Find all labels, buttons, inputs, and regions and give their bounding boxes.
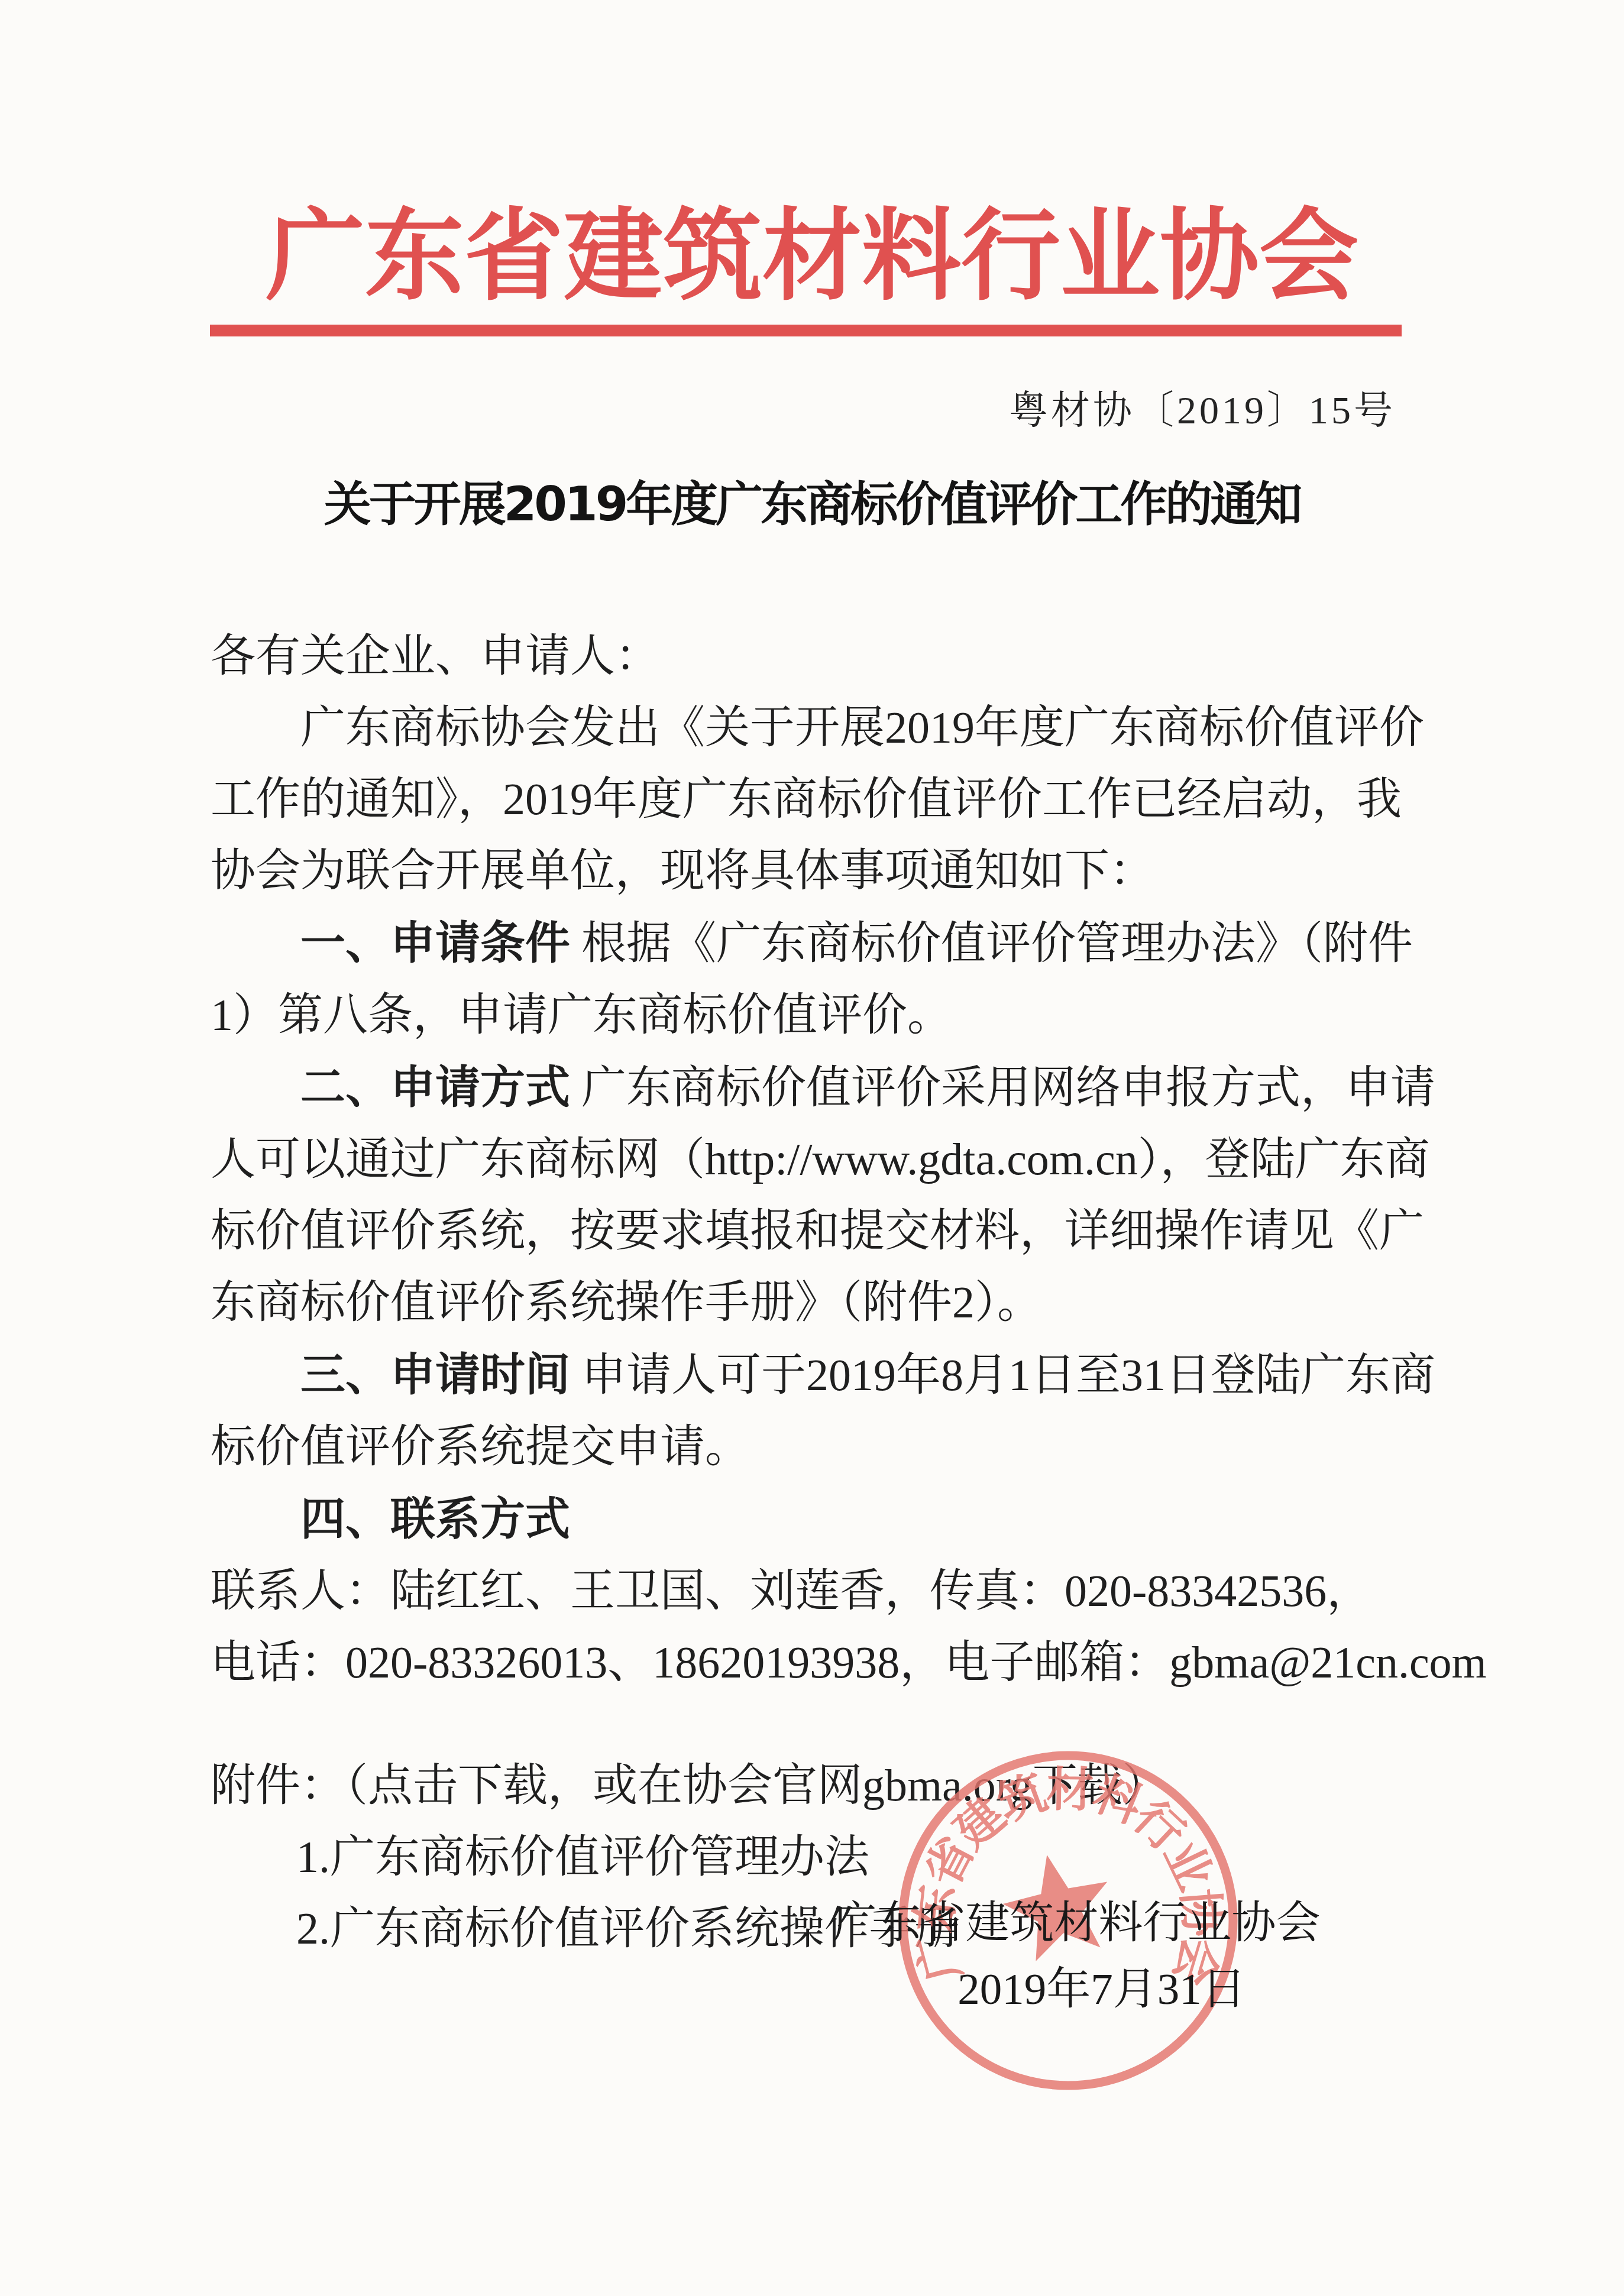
body-line: 标价值评价系统，按要求填报和提交材料，详细操作请见《广 <box>211 1196 1417 1267</box>
letterhead-divider <box>210 325 1402 336</box>
doc-number: 粤材协〔2019〕15号 <box>1009 384 1396 438</box>
body-line: 电话：020-83326013、18620193938，电子邮箱：gbma@21… <box>211 1627 1417 1699</box>
letterhead-org-name: 广东省建筑材料行业协会 <box>0 195 1624 319</box>
body-text: 各有关企业、申请人： <box>211 632 660 681</box>
body-line: 二、申请方式 广东商标价值评价采用网络申报方式，申请 <box>211 1051 1417 1124</box>
body-line: 工作的通知》，2019年度广东商标价值评价工作已经启动，我 <box>211 764 1417 836</box>
body-text: 东商标价值评价系统操作手册》（附件2）。 <box>211 1278 1042 1327</box>
body-line: 协会为联合开展单位，现将具体事项通知如下： <box>211 836 1417 907</box>
body-text: 电话：020-83326013、18620193938，电子邮箱：gbma@21… <box>211 1638 1487 1688</box>
body-line: 联系人：陆红红、王卫国、刘莲香，传真：020-83342536， <box>211 1556 1417 1627</box>
section-heading: 二、申请方式 <box>300 1061 570 1113</box>
body-text: 标价值评价系统提交申请。 <box>211 1422 750 1472</box>
body-line: 1）第八条，申请广东商标价值评价。 <box>211 980 1417 1051</box>
section-heading: 一、申请条件 <box>300 917 570 969</box>
body-line: 一、申请条件 根据《广东商标价值评价管理办法》（附件 <box>211 907 1417 980</box>
body-text: 人可以通过广东商标网（http://www.gdta.com.cn），登陆广东商 <box>211 1135 1430 1184</box>
body-line: 标价值评价系统提交申请。 <box>211 1411 1417 1483</box>
body-line: 各有关企业、申请人： <box>211 621 1417 692</box>
body-text: 协会为联合开展单位，现将具体事项通知如下： <box>211 846 1154 896</box>
body-text: 根据《广东商标价值评价管理办法》（附件 <box>570 919 1413 969</box>
body-line: 人可以通过广东商标网（http://www.gdta.com.cn），登陆广东商 <box>211 1124 1417 1196</box>
body-text: 申请人可于2019年8月1日至31日登陆广东商 <box>570 1351 1435 1400</box>
signature-date: 2019年7月31日 <box>847 1957 1356 2022</box>
body-line: 四、联系方式 <box>211 1483 1417 1556</box>
signature-org: 广东省建筑材料行业协会 <box>822 1891 1331 1956</box>
document-page: 广东省建筑材料行业协会 粤材协〔2019〕15号 关于开展2019年度广东商标价… <box>0 0 1624 2296</box>
body-text: 标价值评价系统，按要求填报和提交材料，详细操作请见《广 <box>211 1206 1424 1256</box>
body-text: 1）第八条，申请广东商标价值评价。 <box>211 990 952 1040</box>
body-text: 广东商标协会发出《关于开展2019年度广东商标价值评价 <box>300 703 1424 753</box>
notice-title: 关于开展2019年度广东商标价值评价工作的通知 <box>0 472 1624 537</box>
body-text: 联系人：陆红红、王卫国、刘莲香，传真：020-83342536， <box>211 1566 1371 1616</box>
body-line: 东商标价值评价系统操作手册》（附件2）。 <box>211 1267 1417 1339</box>
section-heading: 四、联系方式 <box>300 1492 570 1545</box>
body-text: 工作的通知》，2019年度广东商标价值评价工作已经启动，我 <box>211 775 1402 824</box>
body-text: 广东商标价值评价采用网络申报方式，申请 <box>570 1063 1435 1113</box>
body-line: 广东商标协会发出《关于开展2019年度广东商标价值评价 <box>211 692 1417 764</box>
body-lines: 各有关企业、申请人：广东商标协会发出《关于开展2019年度广东商标价值评价工作的… <box>211 621 1417 1699</box>
body-line: 三、申请时间 申请人可于2019年8月1日至31日登陆广东商 <box>211 1339 1417 1411</box>
section-heading: 三、申请时间 <box>300 1348 570 1401</box>
